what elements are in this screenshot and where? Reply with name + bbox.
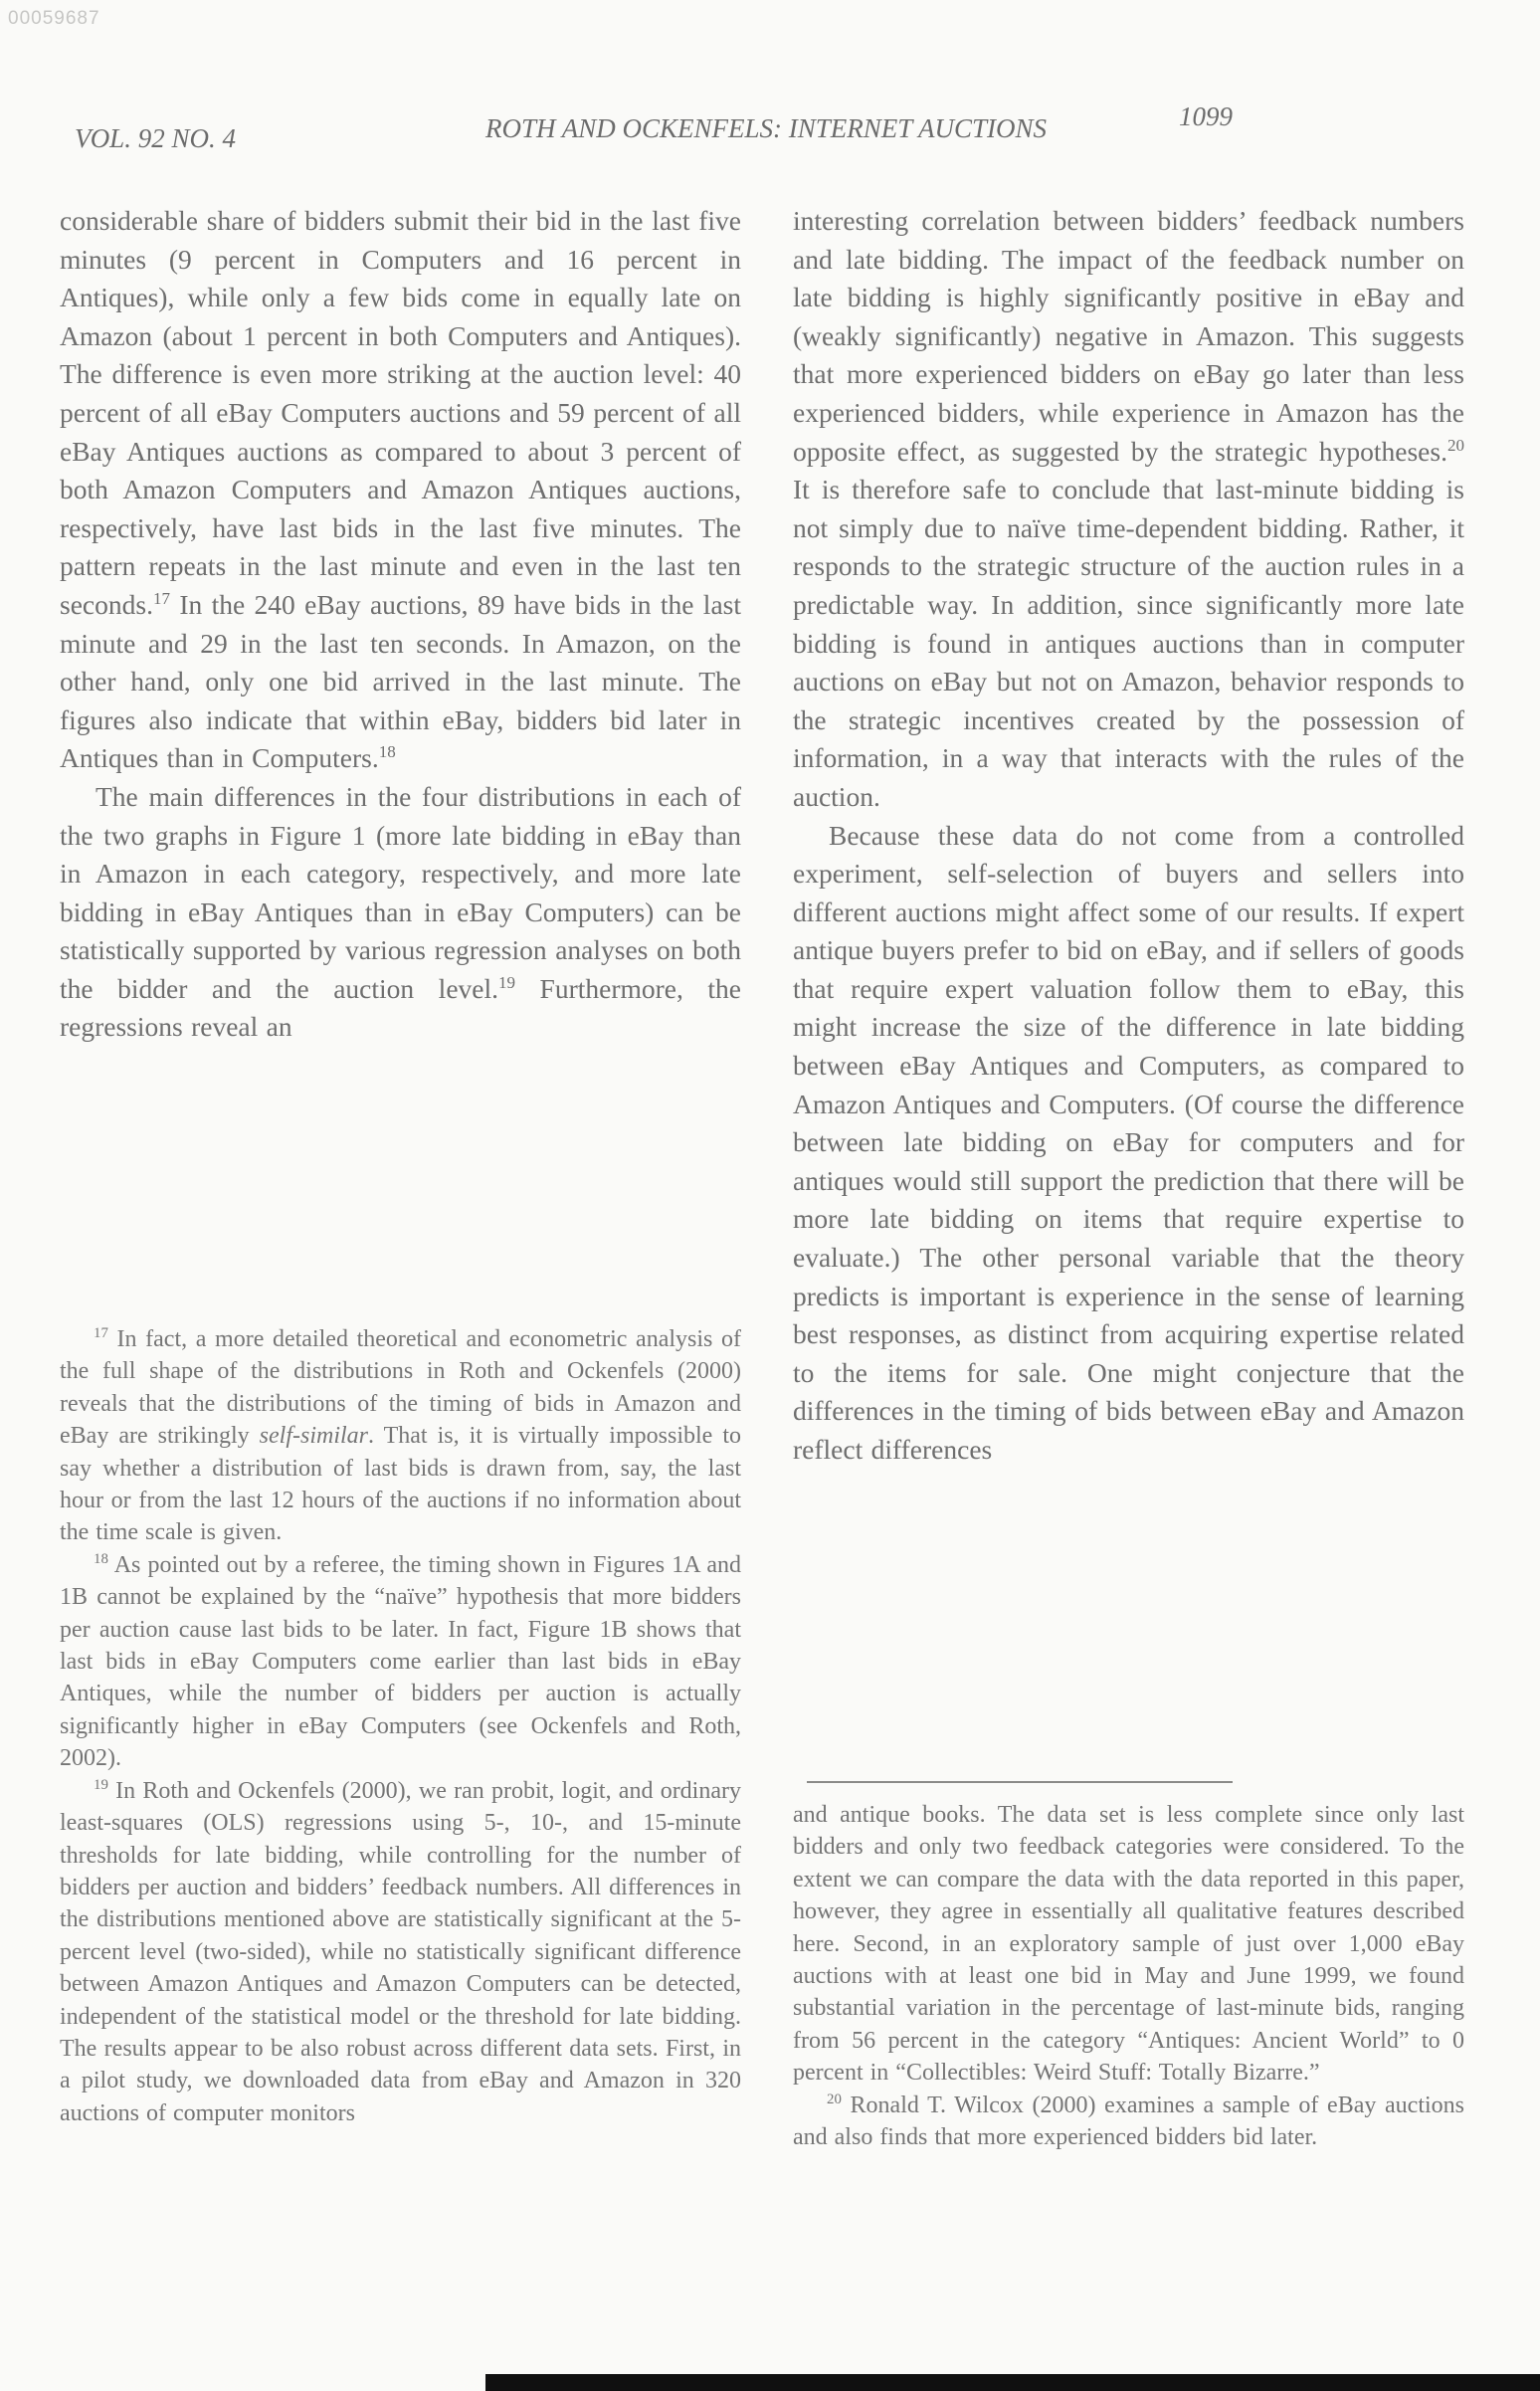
left-column-footnotes: 17 In fact, a more detailed theoretical …	[60, 1323, 741, 2129]
footnote-marker: 19	[94, 1777, 108, 1793]
footnote-19: 19 In Roth and Ockenfels (2000), we ran …	[60, 1775, 741, 2129]
body-paragraph: Because these data do not come from a co…	[793, 817, 1464, 1470]
footnote-20: 20 Ronald T. Wilcox (2000) examines a sa…	[793, 2090, 1464, 2154]
page-number: 1099	[1179, 101, 1233, 132]
running-title: ROTH AND OCKENFELS: INTERNET AUCTIONS	[60, 113, 1472, 144]
scan-corner-number: 00059687	[8, 8, 100, 30]
left-column-body: considerable share of bidders submit the…	[60, 202, 741, 1047]
journal-page: 00059687 VOL. 92 NO. 4 ROTH AND OCKENFEL…	[0, 0, 1540, 2391]
italic-text: self-similar	[260, 1423, 368, 1449]
body-paragraph: considerable share of bidders submit the…	[60, 202, 741, 778]
footnote-separator-rule	[807, 1781, 1233, 1783]
footnote-marker: 20	[827, 2092, 842, 2107]
right-column-footnotes: and antique books. The data set is less …	[793, 1781, 1464, 2153]
footnote-marker: 17	[153, 589, 170, 608]
footnote-17: 17 In fact, a more detailed theoretical …	[60, 1323, 741, 1549]
scanner-edge-bar	[485, 2374, 1540, 2391]
footnote-marker: 18	[379, 742, 396, 761]
footnote-18: 18 As pointed out by a referee, the timi…	[60, 1549, 741, 1775]
footnote-19-continuation: and antique books. The data set is less …	[793, 1799, 1464, 2090]
footnote-marker: 18	[94, 1551, 108, 1567]
footnote-marker: 20	[1447, 435, 1464, 454]
footnote-marker: 19	[498, 973, 515, 992]
body-paragraph: The main differences in the four distrib…	[60, 778, 741, 1047]
right-column-body: interesting correlation between bidders’…	[793, 202, 1464, 1470]
body-paragraph: interesting correlation between bidders’…	[793, 202, 1464, 817]
footnote-marker: 17	[94, 1325, 108, 1341]
